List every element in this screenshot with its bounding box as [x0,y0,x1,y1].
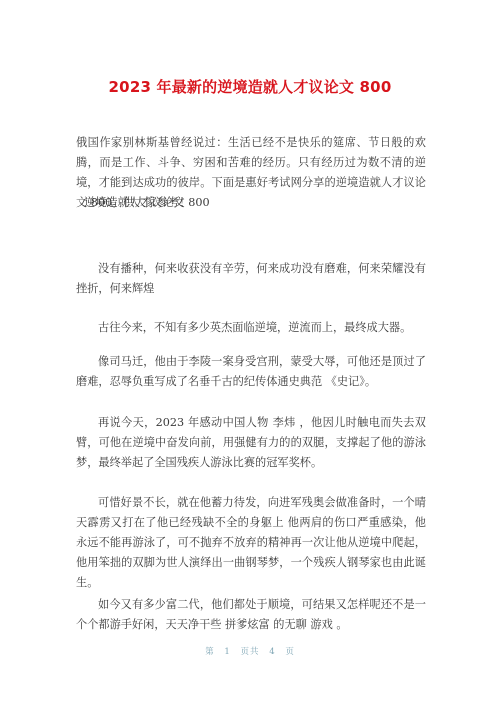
body-paragraph-1: 没有播种，何来收获没有辛劳，何来成功没有磨难，何来荣耀没有挫折，何来辉煌 [76,259,426,299]
document-page: 2023 年最新的逆境造就人才议论文 800 俄国作家别林斯基曾经说过：生活已经… [0,0,500,707]
page-footer: 第 1 页共 4 页 [0,645,500,657]
footer-suffix: 页 [285,647,295,657]
footer-middle: 页共 [240,647,259,657]
current-page-number: 1 [224,647,230,657]
body-paragraph-3: 像司马迁，他由于李陵一案身受宫刑，蒙受大辱，可他还是顶过了磨难，忍辱负重写成了名… [76,352,426,392]
body-paragraph-5: 可惜好景不长，就在他蓄力待发，向进军残奥会做准备时，一个晴天霹雳又打在了他已经残… [76,493,426,593]
footer-prefix: 第 [205,647,215,657]
sub-heading: 逆境造就人才议论文 800 [84,193,210,213]
total-pages-number: 4 [269,647,275,657]
body-paragraph-6: 如今又有多少富二代，他们都处于顺境，可结果又怎样呢还不是一个个都游手好闲，天天净… [76,595,426,635]
body-paragraph-2: 古往今来，不知有多少英杰面临逆境，逆流而上，最终成大器。 [76,318,426,338]
body-paragraph-4: 再说今天，2023 年感动中国人物 李炜 ，他因儿时触电而失去双臂，可他在逆境中… [76,413,426,473]
document-title: 2023 年最新的逆境造就人才议论文 800 [0,76,500,97]
